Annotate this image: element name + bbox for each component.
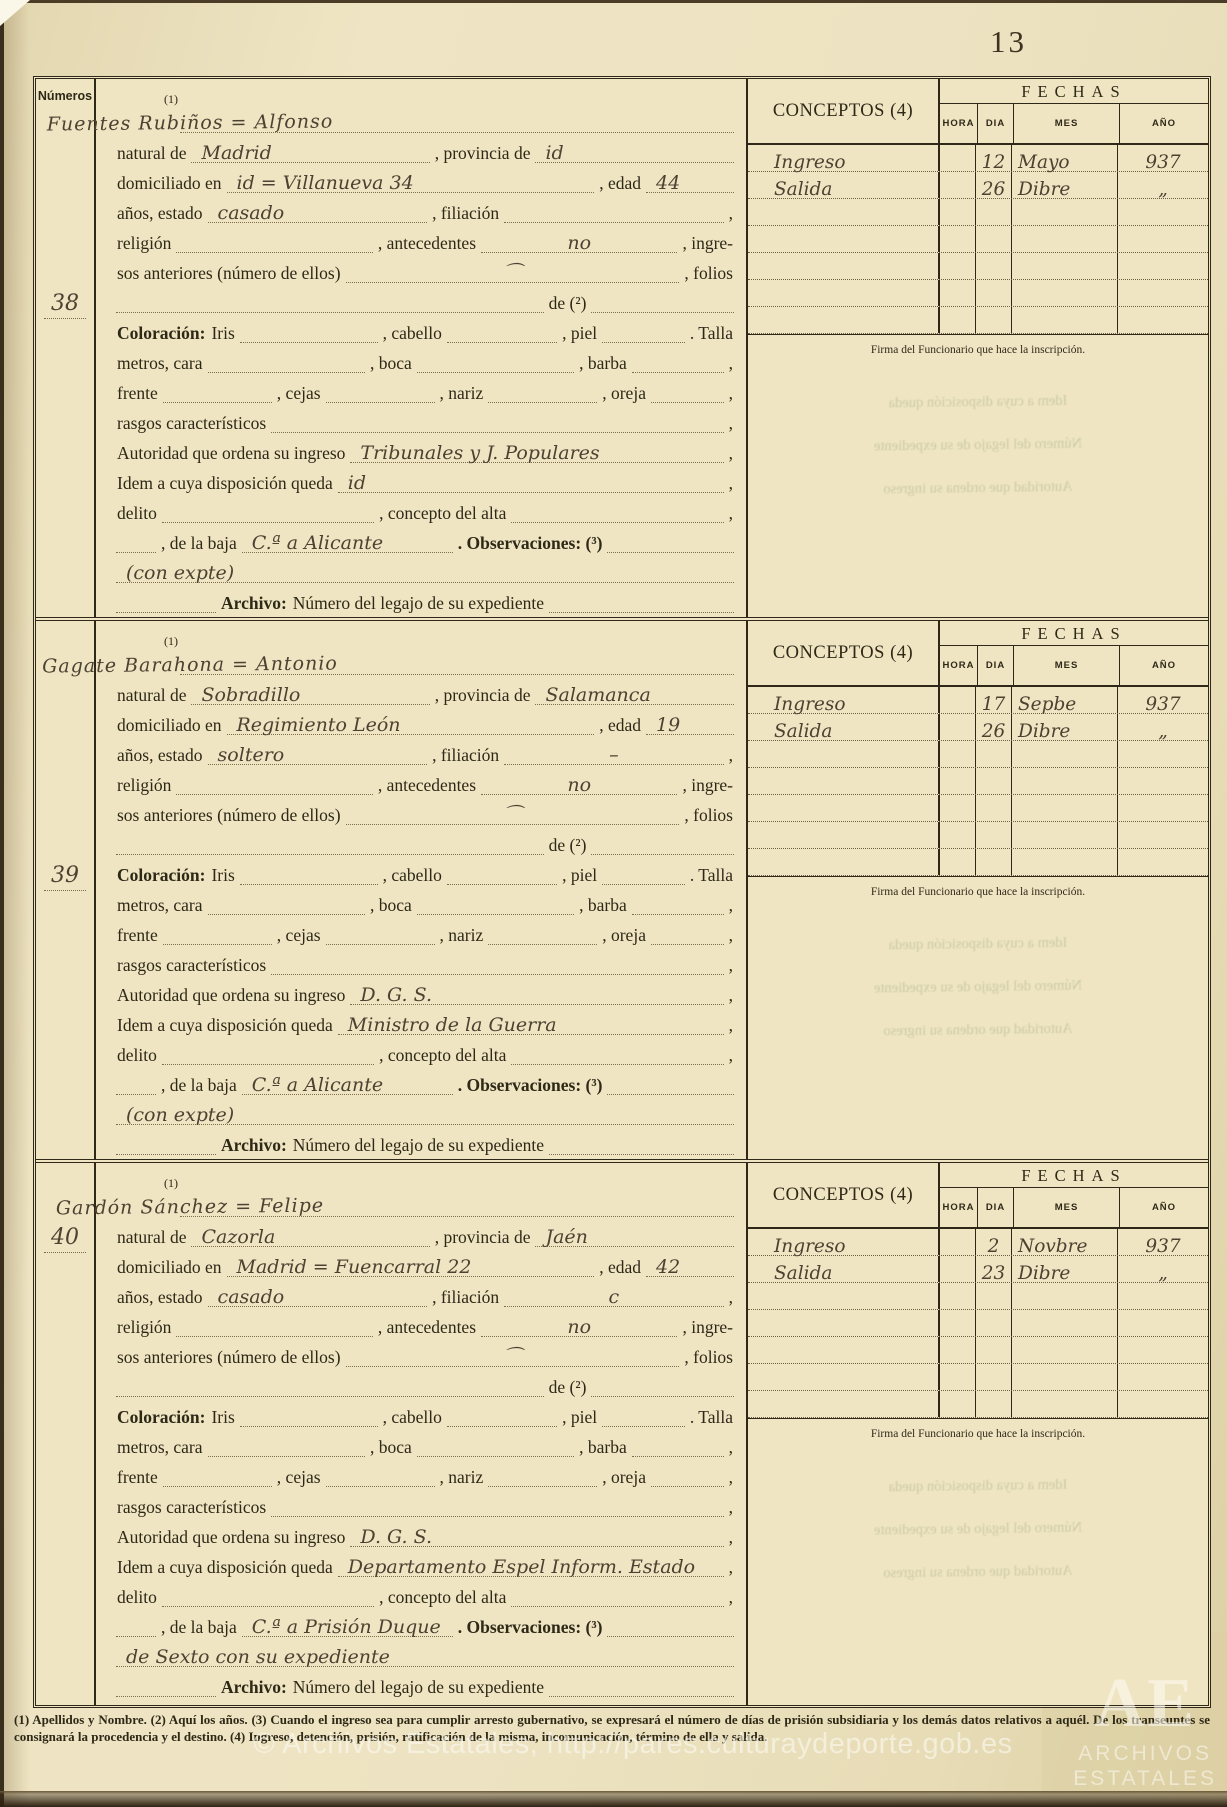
dia-cell: 26 <box>975 714 1011 740</box>
concepto-value: Salida <box>774 1263 832 1284</box>
table-row-empty <box>748 1283 1208 1310</box>
firma-label: Firma del Funcionario que hace la inscri… <box>748 1428 1208 1440</box>
fechas-title: FECHAS <box>940 621 1208 646</box>
autoridad-value: Tribunales y J. Populares <box>360 443 599 463</box>
form-label: , oreja <box>599 925 649 945</box>
form-label: años, estado <box>114 745 206 765</box>
form-label: , cejas <box>274 383 324 403</box>
form-label: , oreja <box>599 383 649 403</box>
concepto-value: Salida <box>774 179 832 200</box>
dotted-blank: Ministro de la Guerra <box>338 1004 724 1035</box>
field-baja: , de la baja C.ª a Alicante . Observacio… <box>114 523 736 553</box>
dotted-blank <box>326 1456 435 1487</box>
concepto-cell: Ingreso <box>748 145 938 171</box>
dotted-blank <box>549 1666 734 1697</box>
record-details: (1) Fuentes Rubiños = Alfonso natural de… <box>96 79 748 617</box>
dotted-blank <box>511 492 723 523</box>
table-row-empty <box>748 280 1208 307</box>
field-baja: , de la baja C.ª a Alicante . Observacio… <box>114 1065 736 1095</box>
dotted-blank <box>240 312 378 343</box>
field-frente: frente , cejas , nariz , oreja , <box>114 915 736 945</box>
dotted-blank <box>163 372 272 403</box>
table-row-salida: Salida 26 Dibre „ <box>748 714 1208 741</box>
table-row-ingreso: Ingreso 17 Sepbe 937 <box>748 687 1208 714</box>
edad-value: 42 <box>656 1257 680 1277</box>
dotted-blank <box>607 522 734 553</box>
form-label: Coloración: <box>114 865 208 885</box>
ink-bleedthrough: Número del legajo de su expediente <box>748 1518 1208 1541</box>
estado-value: casado <box>218 203 285 223</box>
hora-cell <box>938 687 975 713</box>
dotted-blank <box>417 884 574 915</box>
autoridad-value: D. G. S. <box>360 985 432 1005</box>
field-baja: , de la baja C.ª a Prisión Duque . Obser… <box>114 1607 736 1637</box>
dotted-blank <box>602 854 685 885</box>
dotted-blank: D. G. S. <box>350 974 723 1005</box>
dotted-blank <box>607 1606 734 1637</box>
ano-cell: „ <box>1117 714 1208 740</box>
form-label: Iris <box>208 865 237 885</box>
form-label: , piel <box>559 323 600 343</box>
dia-value: 26 <box>982 721 1006 742</box>
fechas-subheader: HORA DIA MES AÑO <box>940 1188 1208 1227</box>
mes-value: Dibre <box>1018 1263 1070 1284</box>
estado-value: casado <box>218 1287 285 1307</box>
firma-label: Firma del Funcionario que hace la inscri… <box>748 344 1208 356</box>
field-idem: Idem a cuya disposición queda id , <box>114 463 736 493</box>
ink-bleedthrough: Autoridad que ordena su ingreso <box>748 477 1208 500</box>
form-label: natural de <box>114 143 189 163</box>
provincia-value: Salamanca <box>545 685 650 705</box>
mes-cell: Dibre <box>1011 172 1117 198</box>
dia-value: 26 <box>982 179 1006 200</box>
form-label: religión <box>114 1317 174 1337</box>
fechas-header: FECHAS HORA DIA MES AÑO <box>938 621 1208 685</box>
form-label: , concepto del alta <box>376 1045 509 1065</box>
col-header-hora: HORA <box>940 1188 977 1227</box>
field-estado: años, estado casado , filiación , <box>114 193 736 223</box>
filiacion-value: – <box>609 745 619 765</box>
dotted-blank <box>176 222 372 253</box>
form-label: , edad <box>596 1257 644 1277</box>
form-label: , <box>726 1527 736 1547</box>
field-domicilio: domiciliado en Madrid = Fuencarral 22 , … <box>114 1247 736 1277</box>
dotted-blank: Salamanca <box>535 674 734 705</box>
autoridad-value: D. G. S. <box>360 1527 432 1547</box>
field-de-2: de (²) <box>114 825 736 855</box>
dia-cell: 12 <box>975 145 1011 171</box>
col-header-mes: MES <box>1013 104 1119 143</box>
form-label: años, estado <box>114 1287 206 1307</box>
dotted-blank <box>116 282 544 313</box>
ano-cell: „ <box>1117 172 1208 198</box>
form-label: años, estado <box>114 203 206 223</box>
name-blank: Gardón Sánchez = Felipe <box>180 1170 734 1217</box>
ink-bleedthrough: Idem a cuya disposición queda <box>748 391 1208 414</box>
idem-value: id <box>348 473 366 493</box>
form-label: . Observaciones: (³) <box>455 1075 606 1095</box>
ink-bleedthrough: Idem a cuya disposición queda <box>748 933 1208 956</box>
dotted-blank <box>549 1124 734 1155</box>
dotted-blank <box>116 1366 544 1397</box>
form-label: Coloración: <box>114 1407 208 1427</box>
dotted-blank <box>651 372 724 403</box>
dotted-blank <box>162 1034 374 1065</box>
form-label: Iris <box>208 1407 237 1427</box>
form-label: , piel <box>559 1407 600 1427</box>
num-ingresos-value: ⌒ <box>503 263 522 283</box>
dotted-blank: (con expte) <box>116 552 734 583</box>
form-label: de (²) <box>546 293 590 313</box>
hora-cell <box>938 172 975 198</box>
table-row-empty <box>748 1391 1208 1418</box>
name-line: (1) Fuentes Rubiños = Alfonso <box>114 87 736 133</box>
numero-cell: 38 <box>36 79 96 617</box>
field-idem: Idem a cuya disposición queda Ministro d… <box>114 1005 736 1035</box>
dotted-blank <box>176 764 372 795</box>
form-label: sos anteriores (número de ellos) <box>114 263 344 283</box>
ano-cell: 937 <box>1117 687 1208 713</box>
dotted-blank <box>591 282 734 313</box>
conceptos-header: CONCEPTOS (4) <box>748 621 938 685</box>
form-label: , provincia de <box>432 1227 534 1247</box>
form-label: natural de <box>114 1227 189 1247</box>
form-label: frente <box>114 1467 161 1487</box>
field-archivo: Archivo: Número del legajo de su expedie… <box>114 1667 736 1697</box>
dotted-blank <box>116 1064 156 1095</box>
mes-cell: Novbre <box>1011 1229 1117 1255</box>
form-label: Número del legajo de su expediente <box>290 593 547 613</box>
form-label: , concepto del alta <box>376 1587 509 1607</box>
form-label: . Talla <box>687 323 736 343</box>
table-row-empty <box>748 199 1208 226</box>
dotted-blank <box>240 1396 378 1427</box>
form-label: , <box>726 925 736 945</box>
form-label: domiciliado en <box>114 715 225 735</box>
dotted-blank <box>271 944 723 975</box>
prisoner-name: Gardón Sánchez = Felipe <box>56 1196 324 1219</box>
signature-area: Firma del Funcionario que hace la inscri… <box>748 1418 1208 1705</box>
form-label: , filiación <box>429 1287 502 1307</box>
archive-watermark: © Archivos Estatales, http://pares.cultu… <box>238 1728 1028 1761</box>
dotted-blank <box>447 854 557 885</box>
form-label: , <box>726 413 736 433</box>
provincia-value: id <box>545 143 563 163</box>
form-label: rasgos característicos <box>114 1497 269 1517</box>
signature-area: Firma del Funcionario que hace la inscri… <box>748 334 1208 617</box>
form-label: Archivo: <box>218 593 290 613</box>
form-label: Coloración: <box>114 323 208 343</box>
form-label: , boca <box>367 895 415 915</box>
name-blank: Gagate Barahona = Antonio <box>180 628 734 675</box>
dotted-blank <box>271 402 723 433</box>
form-label: , cabello <box>380 865 445 885</box>
dotted-blank <box>591 1366 734 1397</box>
dotted-blank <box>447 312 557 343</box>
ink-bleedthrough: Número del legajo de su expediente <box>748 976 1208 999</box>
table-row-empty <box>748 768 1208 795</box>
form-label: . Talla <box>687 865 736 885</box>
num-ingresos-value: ⌒ <box>503 805 522 825</box>
edad-value: 19 <box>656 715 680 735</box>
signature-area: Firma del Funcionario que hace la inscri… <box>748 876 1208 1159</box>
dotted-blank <box>162 492 374 523</box>
field-de-2: de (²) <box>114 283 736 313</box>
concepto-cell: Ingreso <box>748 687 938 713</box>
numero-cell: 39 <box>36 621 96 1159</box>
form-label: delito <box>114 1045 160 1065</box>
col-header-hora: HORA <box>940 104 977 143</box>
dotted-blank: id <box>338 462 724 493</box>
fechas-subheader: HORA DIA MES AÑO <box>940 646 1208 685</box>
form-label: , <box>726 955 736 975</box>
observaciones-value: (con expte) <box>126 563 234 583</box>
form-label: Número del legajo de su expediente <box>290 1677 547 1697</box>
name-line: (1) Gagate Barahona = Antonio <box>114 629 736 675</box>
estado-value: soltero <box>218 745 285 765</box>
form-label: , edad <box>596 715 644 735</box>
dotted-blank: no <box>481 1306 677 1337</box>
field-de-2: de (²) <box>114 1367 736 1397</box>
dotted-blank: 42 <box>646 1246 734 1277</box>
field-natural: natural de Madrid , provincia de id <box>114 133 736 163</box>
form-label: , filiación <box>429 203 502 223</box>
form-label: , antecedentes <box>375 775 479 795</box>
concepto-value: Ingreso <box>774 694 846 715</box>
page-corner <box>0 0 30 26</box>
ano-value: 937 <box>1145 152 1180 173</box>
form-label: religión <box>114 233 174 253</box>
col-header-dia: DIA <box>977 1188 1013 1227</box>
field-coloracion: Coloración: Iris , cabello , piel . Tall… <box>114 855 736 885</box>
dotted-blank <box>116 824 544 855</box>
field-natural: natural de Sobradillo , provincia de Sal… <box>114 675 736 705</box>
form-label: , cejas <box>274 925 324 945</box>
form-label: , boca <box>367 1437 415 1457</box>
dotted-blank <box>163 914 272 945</box>
field-delito: delito , concepto del alta , <box>114 493 736 523</box>
form-label: Archivo: <box>218 1677 290 1697</box>
dotted-blank <box>651 914 724 945</box>
form-label: Idem a cuya disposición queda <box>114 1557 336 1577</box>
form-label: , <box>726 203 736 223</box>
ano-value: 937 <box>1145 1236 1180 1257</box>
form-label: , <box>726 1287 736 1307</box>
dotted-blank <box>447 1396 557 1427</box>
form-label: , provincia de <box>432 143 534 163</box>
dotted-blank <box>651 1456 724 1487</box>
form-label: , folios <box>681 805 736 825</box>
form-label: , ingre- <box>679 233 736 253</box>
dotted-blank <box>488 1456 597 1487</box>
ano-cell: 937 <box>1117 1229 1208 1255</box>
dia-cell: 2 <box>975 1229 1011 1255</box>
dotted-blank <box>602 312 685 343</box>
record-details: (1) Gardón Sánchez = Felipe natural de C… <box>96 1163 748 1705</box>
dotted-blank: D. G. S. <box>350 1516 723 1547</box>
prison-register-scan: 13 Números 38 (1) Fuentes Rubiños = Alfo… <box>0 0 1227 1807</box>
conceptos-header: CONCEPTOS (4) <box>748 79 938 143</box>
name-line: (1) Gardón Sánchez = Felipe <box>114 1171 736 1217</box>
field-autoridad: Autoridad que ordena su ingreso Tribunal… <box>114 433 736 463</box>
table-header: CONCEPTOS (4) FECHAS HORA DIA MES AÑO <box>748 79 1208 145</box>
baja-value: C.ª a Alicante <box>252 533 383 553</box>
table-row-empty <box>748 307 1208 334</box>
field-autoridad: Autoridad que ordena su ingreso D. G. S.… <box>114 975 736 1005</box>
field-frente: frente , cejas , nariz , oreja , <box>114 1457 736 1487</box>
form-label: . Observaciones: (³) <box>455 533 606 553</box>
edad-value: 44 <box>656 173 680 193</box>
col-header-hora: HORA <box>940 646 977 685</box>
dia-cell: 23 <box>975 1256 1011 1282</box>
dotted-blank: no <box>481 222 677 253</box>
dia-value: 23 <box>982 1263 1006 1284</box>
field-rasgos: rasgos característicos , <box>114 945 736 975</box>
form-label: , <box>726 745 736 765</box>
table-header: CONCEPTOS (4) FECHAS HORA DIA MES AÑO <box>748 621 1208 687</box>
dotted-blank: no <box>481 764 677 795</box>
form-label: , barba <box>576 895 630 915</box>
dotted-blank: c <box>504 1276 724 1307</box>
antecedentes-value: no <box>567 233 591 253</box>
dia-value: 17 <box>982 694 1006 715</box>
ano-value: 937 <box>1145 694 1180 715</box>
dotted-blank: C.ª a Alicante <box>242 522 453 553</box>
concepto-value: Ingreso <box>774 152 846 173</box>
conceptos-fechas-table: CONCEPTOS (4) FECHAS HORA DIA MES AÑO In… <box>748 621 1208 1159</box>
field-natural: natural de Cazorla , provincia de Jaén <box>114 1217 736 1247</box>
hora-cell <box>938 1256 975 1282</box>
book-gutter-shadow <box>4 0 30 1807</box>
form-label: , <box>726 1467 736 1487</box>
dotted-blank: C.ª a Prisión Duque <box>242 1606 453 1637</box>
dotted-blank: Departamento Espel Inform. Estado <box>338 1546 724 1577</box>
form-label: , filiación <box>429 745 502 765</box>
prisoner-record: 40 (1) Gardón Sánchez = Felipe natural d… <box>36 1163 1208 1705</box>
dotted-blank <box>632 884 724 915</box>
field-religion: religión , antecedentes no , ingre- <box>114 223 736 253</box>
fechas-subheader: HORA DIA MES AÑO <box>940 104 1208 143</box>
table-row-empty <box>748 822 1208 849</box>
col-header-dia: DIA <box>977 104 1013 143</box>
form-label: , piel <box>559 865 600 885</box>
dotted-blank: id <box>535 132 734 163</box>
dotted-blank: ⌒ <box>346 252 680 283</box>
ink-bleedthrough: Autoridad que ordena su ingreso <box>748 1019 1208 1042</box>
numero-cell: 40 <box>36 1163 96 1705</box>
field-observaciones-extra: (con expte) <box>114 1095 736 1125</box>
archivos-estatales-logo: AE ARCHIVOS ESTATALES <box>1073 1669 1217 1789</box>
fechas-header: FECHAS HORA DIA MES AÑO <box>938 79 1208 143</box>
provincia-value: Jaén <box>545 1227 587 1247</box>
field-ingresos-anteriores: sos anteriores (número de ellos) ⌒ , fol… <box>114 253 736 283</box>
form-label: , nariz <box>437 1467 487 1487</box>
dotted-blank: Madrid = Fuencarral 22 <box>227 1246 595 1277</box>
natural-value: Sobradillo <box>201 685 300 705</box>
dotted-blank <box>417 1426 574 1457</box>
table-row-salida: Salida 26 Dibre „ <box>748 172 1208 199</box>
form-label: , <box>726 383 736 403</box>
dotted-blank: casado <box>208 1276 428 1307</box>
form-label: Autoridad que ordena su ingreso <box>114 443 348 463</box>
form-label: , <box>726 895 736 915</box>
field-religion: religión , antecedentes no , ingre- <box>114 765 736 795</box>
dotted-blank <box>208 342 365 373</box>
table-row-empty <box>748 849 1208 876</box>
field-ingresos-anteriores: sos anteriores (número de ellos) ⌒ , fol… <box>114 795 736 825</box>
form-label: , boca <box>367 353 415 373</box>
table-row-ingreso: Ingreso 2 Novbre 937 <box>748 1229 1208 1256</box>
form-label: , de la baja <box>158 1617 240 1637</box>
dotted-blank <box>240 854 378 885</box>
ae-logo-initials: AE <box>1073 1669 1217 1739</box>
prisoner-record: 38 (1) Fuentes Rubiños = Alfonso natural… <box>36 79 1208 621</box>
form-label: , <box>726 1587 736 1607</box>
form-label: , folios <box>681 1347 736 1367</box>
dotted-blank: Cazorla <box>191 1216 429 1247</box>
fechas-title: FECHAS <box>940 1163 1208 1188</box>
dotted-blank: 19 <box>646 704 734 735</box>
mes-value: Dibre <box>1018 721 1070 742</box>
form-label: Idem a cuya disposición queda <box>114 473 336 493</box>
ano-value: „ <box>1158 1263 1168 1284</box>
form-label: religión <box>114 775 174 795</box>
field-religion: religión , antecedentes no , ingre- <box>114 1307 736 1337</box>
form-label: , barba <box>576 353 630 373</box>
domicilio-value: id = Villanueva 34 <box>237 173 414 193</box>
field-coloracion: Coloración: Iris , cabello , piel . Tall… <box>114 1397 736 1427</box>
ink-bleedthrough: Número del legajo de su expediente <box>748 434 1208 457</box>
dotted-blank <box>591 824 734 855</box>
dotted-blank: Regimiento León <box>227 704 595 735</box>
baja-value: C.ª a Prisión Duque <box>252 1617 441 1637</box>
ano-value: „ <box>1158 721 1168 742</box>
observaciones-value: (con expte) <box>126 1105 234 1125</box>
form-label: domiciliado en <box>114 173 225 193</box>
form-label: , cabello <box>380 323 445 343</box>
photo-edge-bottom <box>0 1791 1227 1807</box>
form-label: Autoridad que ordena su ingreso <box>114 985 348 1005</box>
field-coloracion: Coloración: Iris , cabello , piel . Tall… <box>114 313 736 343</box>
col-header-mes: MES <box>1013 1188 1119 1227</box>
ano-value: „ <box>1158 179 1168 200</box>
dotted-blank: Madrid <box>191 132 429 163</box>
col-header-mes: MES <box>1013 646 1119 685</box>
field-rasgos: rasgos característicos , <box>114 1487 736 1517</box>
field-estado: años, estado casado , filiación c , <box>114 1277 736 1307</box>
conceptos-fechas-table: CONCEPTOS (4) FECHAS HORA DIA MES AÑO In… <box>748 1163 1208 1705</box>
form-label: , concepto del alta <box>376 503 509 523</box>
form-label: , <box>726 443 736 463</box>
dotted-blank: soltero <box>208 734 428 765</box>
form-label: metros, cara <box>114 353 206 373</box>
dotted-blank <box>271 1486 723 1517</box>
field-estado: años, estado soltero , filiación – , <box>114 735 736 765</box>
dotted-blank <box>488 914 597 945</box>
idem-value: Departamento Espel Inform. Estado <box>348 1557 695 1577</box>
field-cara: metros, cara , boca , barba , <box>114 1427 736 1457</box>
dotted-blank: – <box>504 734 724 765</box>
form-label: , cabello <box>380 1407 445 1427</box>
dotted-blank: (con expte) <box>116 1094 734 1125</box>
observaciones-value: de Sexto con su expediente <box>126 1647 390 1667</box>
table-row-empty <box>748 1310 1208 1337</box>
field-domicilio: domiciliado en id = Villanueva 34 , edad… <box>114 163 736 193</box>
form-label: , cejas <box>274 1467 324 1487</box>
concepto-value: Salida <box>774 721 832 742</box>
name-blank: Fuentes Rubiños = Alfonso <box>180 86 734 133</box>
form-label: , <box>726 1497 736 1517</box>
